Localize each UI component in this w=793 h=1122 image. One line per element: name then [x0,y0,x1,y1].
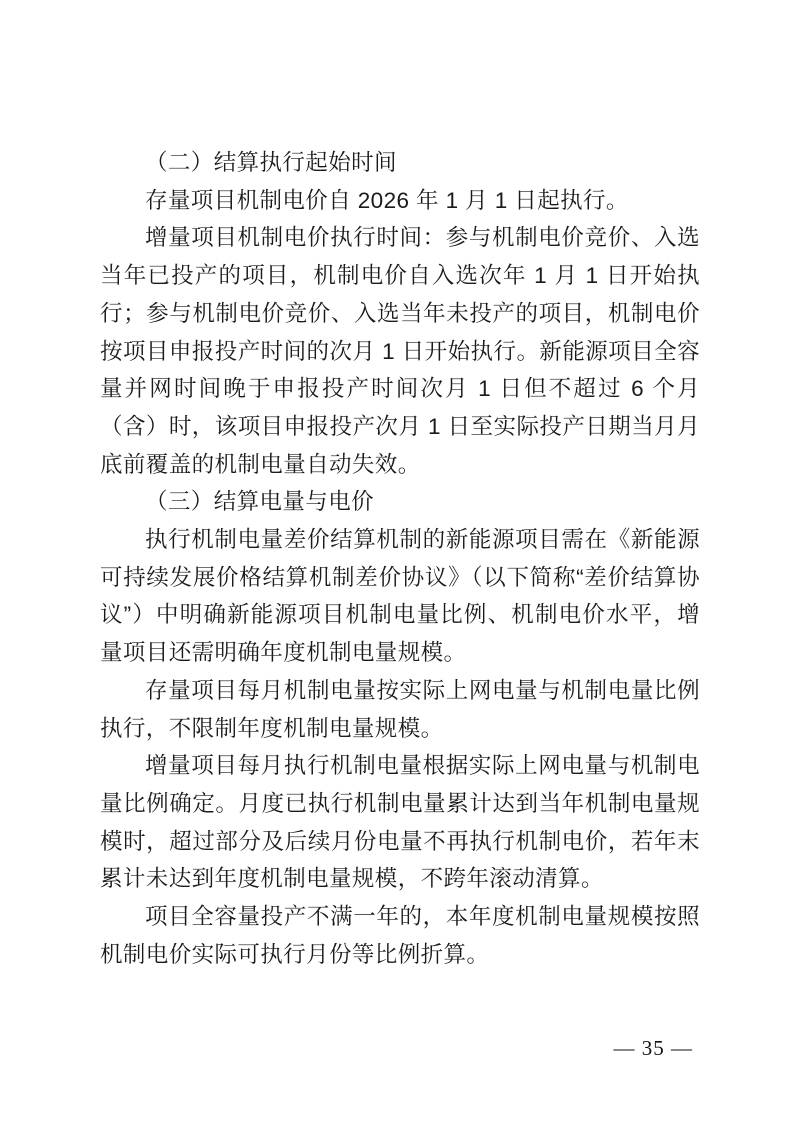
page-number: — 35 — [614,1036,694,1061]
paragraph-incremental-monthly-volume: 增量项目每月执行机制电量根据实际上网电量与机制电量比例确定。月度已执行机制电量累… [100,747,700,898]
section-heading-settlement-start-time: （二）结算执行起始时间 [100,144,700,182]
paragraph-partial-year-proration: 项目全容量投产不满一年的，本年度机制电量规模按照机制电价实际可执行月份等比例折算… [100,898,700,973]
section-heading-settlement-volume-price: （三）结算电量与电价 [100,483,700,521]
paragraph-price-agreement: 执行机制电量差价结算机制的新能源项目需在《新能源可持续发展价格结算机制差价协议》… [100,521,700,672]
paragraph-existing-monthly-volume: 存量项目每月机制电量按实际上网电量与机制电量比例执行，不限制年度机制电量规模。 [100,672,700,747]
paragraph-incremental-projects-start: 增量项目机制电价执行时间：参与机制电价竞价、入选当年已投产的项目，机制电价自入选… [100,219,700,483]
paragraph-existing-projects-start: 存量项目机制电价自 2026 年 1 月 1 日起执行。 [100,182,700,220]
document-body: （二）结算执行起始时间 存量项目机制电价自 2026 年 1 月 1 日起执行。… [100,144,700,973]
document-page: （二）结算执行起始时间 存量项目机制电价自 2026 年 1 月 1 日起执行。… [0,0,793,1122]
